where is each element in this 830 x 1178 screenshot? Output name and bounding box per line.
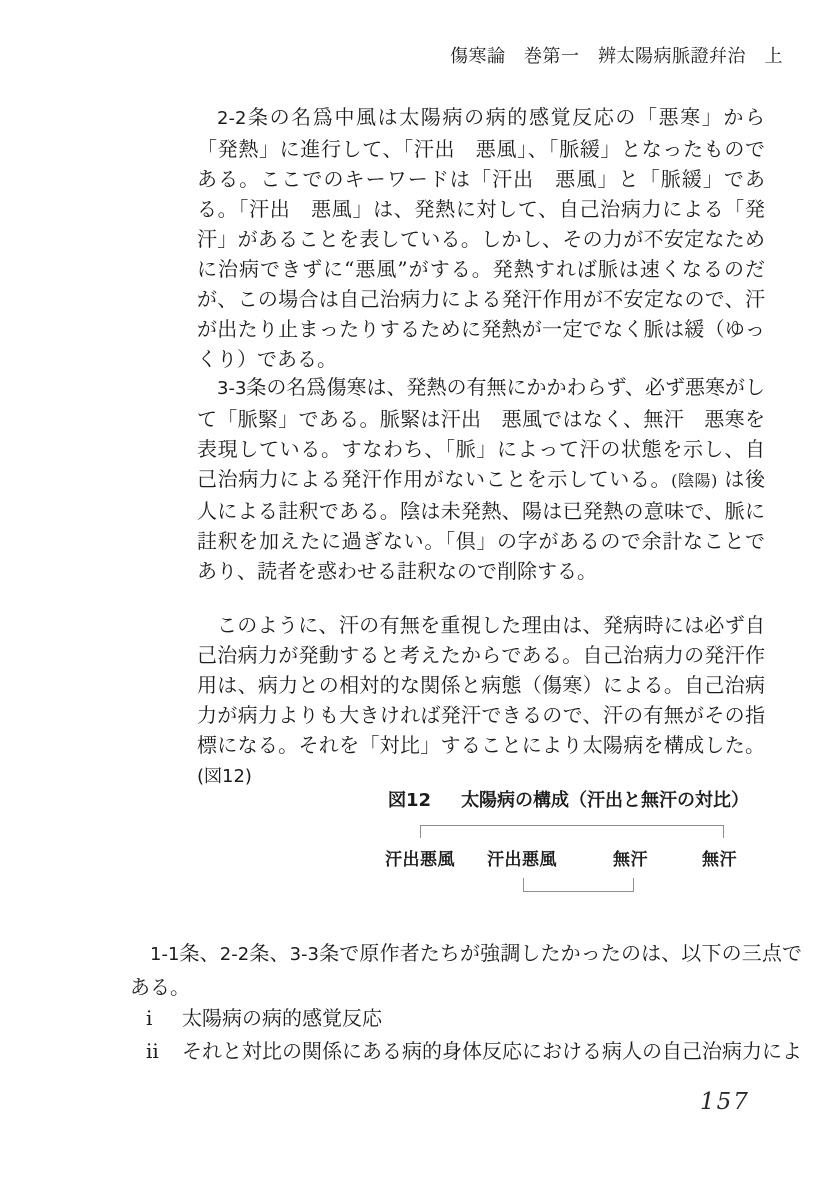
book-page: 傷寒論 巻第一 辨太陽病脈證幷治 上 2-2条の名爲中風は太陽病の病的感覚反応の… — [0, 0, 830, 1178]
list-marker: ii — [146, 1037, 170, 1065]
figure-caption: 図12太陽病の構成（汗出と無汗の対比） — [388, 786, 749, 812]
text-segment: 条、 — [249, 941, 289, 965]
list-item-text: 太陽病の病的感覚反応 — [182, 1004, 382, 1032]
figure-caption-label: 図12 — [388, 790, 431, 811]
figure-inner-contrast-bracket — [523, 878, 634, 892]
text-segment: 2-2 — [220, 944, 249, 965]
text-segment: (陰陽) — [671, 471, 717, 490]
text-segment: 3-3 — [217, 378, 246, 399]
list-item: i 太陽病の病的感覚反応 — [146, 1004, 382, 1032]
text-segment: 条、 — [179, 941, 219, 965]
list-item: ii それと対比の関係にある病的身体反応における病人の自己治病力によ — [146, 1037, 802, 1065]
figure-label-2: 汗出悪風 — [487, 845, 557, 870]
figure-label-4: 無汗 — [702, 845, 737, 870]
text-segment: 3-3 — [290, 944, 319, 965]
text-segment: 条の名爲中風は太陽病の病的感覚反応の「悪寒」から「発熱」に進行して、「汗出 悪風… — [197, 105, 765, 371]
commentary-paragraph-2: 3-3条の名爲傷寒は、発熱の有無にかかわらず、必ず悪寒がして「脈緊」である。脈緊… — [197, 372, 765, 586]
page-number: 157 — [700, 1089, 750, 1115]
list-marker: i — [146, 1004, 170, 1032]
figure-caption-title: 太陽病の構成（汗出と無汗の対比） — [461, 790, 749, 811]
text-segment: (図12) — [197, 766, 252, 787]
figure-label-3: 無汗 — [613, 845, 648, 870]
commentary-paragraph-1: 2-2条の名爲中風は太陽病の病的感覚反応の「悪寒」から「発熱」に進行して、「汗出… — [197, 102, 765, 374]
text-segment: 2-2 — [217, 108, 246, 129]
list-item-text: それと対比の関係にある病的身体反応における病人の自己治病力によ — [182, 1037, 802, 1065]
figure-outer-contrast-bracket — [420, 825, 724, 838]
figure-label-1: 汗出悪風 — [385, 845, 455, 870]
text-segment: 1-1 — [150, 944, 179, 965]
running-header: 傷寒論 巻第一 辨太陽病脈證幷治 上 — [450, 42, 783, 68]
main-text-paragraph: 1-1条、2-2条、3-3条で原作者たちが強調したかったのは、以下の三点である。 — [130, 937, 802, 1004]
text-segment: このように、汗の有無を重視した理由は、発病時には必ず自己治病力が発動すると考えた… — [197, 613, 765, 757]
commentary-paragraph-3: このように、汗の有無を重視した理由は、発病時には必ず自己治病力が発動すると考えた… — [197, 610, 765, 792]
